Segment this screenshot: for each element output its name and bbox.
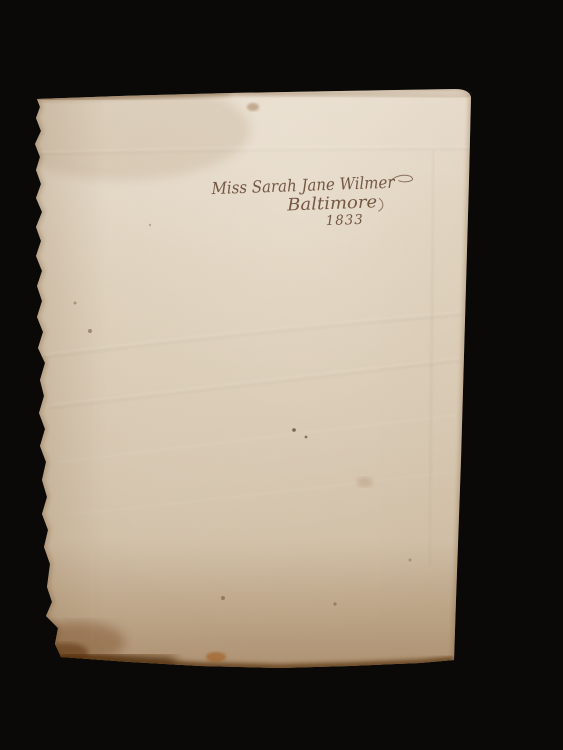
photo-canvas: Miss Sarah Jane Wilmer Baltimore 1833 [0, 0, 563, 750]
inscription-year: 1833 [325, 212, 364, 229]
paper-grain [30, 85, 475, 675]
paper-sheet: Miss Sarah Jane Wilmer Baltimore 1833 [0, 80, 480, 680]
photo-of-manuscript-leaf: Miss Sarah Jane Wilmer Baltimore 1833 [0, 0, 563, 750]
